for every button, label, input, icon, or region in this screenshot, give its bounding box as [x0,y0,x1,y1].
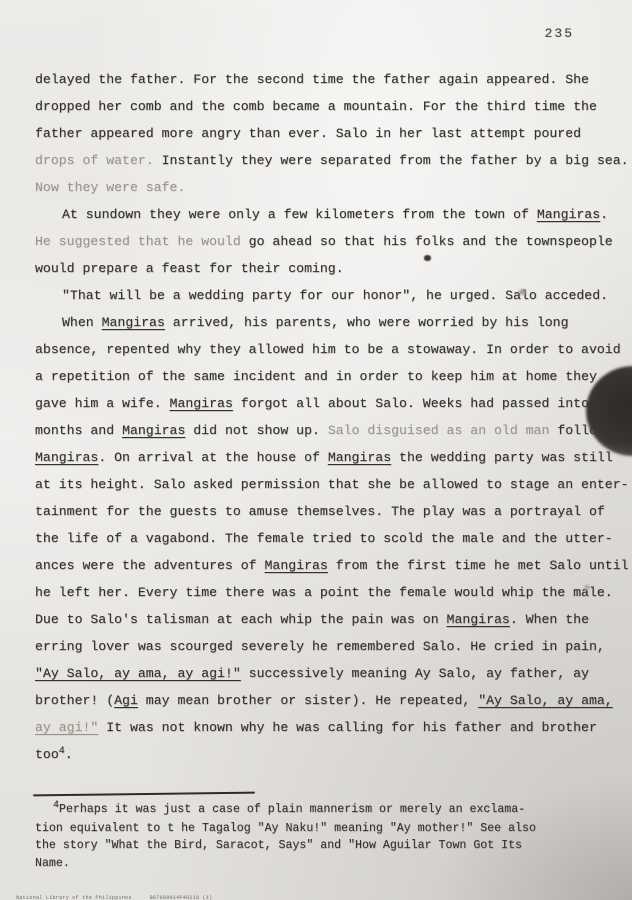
ink-smudge [584,585,590,590]
text-line: absence, repented why they allowed him t… [35,336,625,363]
text-segment: the wedding party was still [391,450,613,465]
text-line: the life of a vagabond. The female tried… [35,525,625,552]
text-segment: It was not known why he was calling for … [98,720,597,735]
underlined-text: Mangiras [102,315,165,330]
text-segment: 4 [53,800,59,811]
text-line: brother! (Agi may mean brother or sister… [35,687,625,714]
text-segment: . [65,747,73,762]
text-line: a repetition of the same incident and in… [35,363,625,390]
scan-footer: National Library of the PhilippinesB0789… [3,889,230,900]
underlined-text: Mangiras [265,558,328,573]
text-segment: Perhaps it was just a case of plain mann… [59,803,525,816]
text-segment: He suggested that he would [35,234,241,249]
text-line: Due to Salo's talisman at each whip the … [35,606,625,633]
underlined-text: Agi [114,693,138,708]
text-segment: the life of a vagabond. The female tried… [35,531,613,546]
text-line: father appeared more angry than ever. Sa… [35,120,625,147]
underlined-text: ay agi!" [35,720,98,735]
text-line: Name. [35,855,615,873]
text-segment: . On arrival at the house of [98,450,328,465]
text-line: he left her. Every time there was a poin… [35,579,625,606]
text-line: dropped her comb and the comb became a m… [35,93,625,120]
text-line: Mangiras. On arrival at the house of Man… [35,444,625,471]
text-line: tainment for the guests to amuse themsel… [35,498,625,525]
text-segment: may mean brother or sister). He repeated… [138,693,478,708]
text-segment: dropped her comb and the comb became a m… [35,99,597,114]
text-segment: would prepare a feast for their coming. [35,261,344,276]
text-segment: from the first time he met Salo until [328,558,629,573]
document-body: delayed the father. For the second time … [35,66,625,770]
underlined-text: Mangiras [122,423,185,438]
text-line: the story "What the Bird, Saracot, Says"… [35,837,615,855]
text-segment: he left her. Every time there was a poin… [35,585,613,600]
text-line: too4. [35,741,625,770]
text-segment: the story "What the Bird, Saracot, Says"… [35,839,522,852]
text-segment: At sundown they were only a few kilomete… [62,207,537,222]
underlined-text: "Ay Salo, ay ama, [478,693,613,708]
text-line: ances were the adventures of Mangiras fr… [35,552,625,579]
text-segment: gave him a wife. [35,396,170,411]
text-line: When Mangiras arrived, his parents, who … [35,309,625,336]
underlined-text: Mangiras [537,207,600,222]
text-line: gave him a wife. Mangiras forgot all abo… [35,390,625,417]
library-stamp: National Library of the Philippines [16,895,132,900]
text-segment: When [62,315,102,330]
text-segment: Salo disguised as an old man [328,423,550,438]
text-segment: ances were the adventures of [35,558,265,573]
text-segment: brother! ( [35,693,114,708]
text-line: at its height. Salo asked permission tha… [35,471,625,498]
text-segment: delayed the father. For the second time … [35,72,589,87]
underlined-text: Mangiras [35,450,98,465]
text-segment: erring lover was scourged severely he re… [35,639,605,654]
text-segment: absence, repented why they allowed him t… [35,342,621,357]
scanned-page: 235 delayed the father. For the second t… [0,0,632,900]
text-line: delayed the father. For the second time … [35,66,625,93]
text-segment: drops of water. [35,153,154,168]
text-segment: Now they were safe. [35,180,185,195]
text-segment: go ahead so that his folks and the towns… [241,234,613,249]
text-segment: tainment for the guests to amuse themsel… [35,504,605,519]
text-segment: Due to Salo's talisman at each whip the … [35,612,447,627]
text-line: months and Mangiras did not show up. Sal… [35,417,625,444]
text-line: 4Perhaps it was just a case of plain man… [35,801,615,820]
text-line: Now they were safe. [35,174,625,201]
scan-code: B07899914P40218 (1) [150,895,213,900]
text-line: "That will be a wedding party for our ho… [35,282,625,309]
text-segment: Name. [35,857,70,870]
text-segment: . [600,207,608,222]
text-segment: Instantly they were separated from the f… [154,153,629,168]
ink-smudge [424,255,431,261]
page-number: 235 [545,26,574,41]
underlined-text: Mangiras [328,450,391,465]
text-segment: . When the [510,612,589,627]
text-segment: at its height. Salo asked permission tha… [35,477,629,492]
text-segment: did not show up. [185,423,327,438]
text-segment: tion equivalent to t he Tagalog "Ay Naku… [35,822,536,835]
text-line: erring lover was scourged severely he re… [35,633,625,660]
underlined-text: Mangiras [447,612,510,627]
footnote: 4Perhaps it was just a case of plain man… [35,801,615,872]
text-line: tion equivalent to t he Tagalog "Ay Naku… [35,820,615,838]
text-line: "Ay Salo, ay ama, ay agi!" successively … [35,660,625,687]
text-segment: father appeared more angry than ever. Sa… [35,126,581,141]
text-line: ay agi!" It was not known why he was cal… [35,714,625,741]
text-segment: arrived, his parents, who were worried b… [165,315,569,330]
text-segment: too [35,747,59,762]
text-segment: months and [35,423,122,438]
text-line: He suggested that he would go ahead so t… [35,228,625,255]
text-segment: 4 [59,746,65,757]
text-segment: a repetition of the same incident and in… [35,369,597,384]
text-line: drops of water. Instantly they were sepa… [35,147,625,174]
ink-smudge [519,289,526,295]
text-segment: successively meaning Ay Salo, ay father,… [241,666,589,681]
underlined-text: "Ay Salo, ay ama, ay agi!" [35,666,241,681]
text-line: would prepare a feast for their coming. [35,255,625,282]
text-segment: "That will be a wedding party for our ho… [62,288,608,303]
text-line: At sundown they were only a few kilomete… [35,201,625,228]
footnote-separator [33,792,255,797]
underlined-text: Mangiras [170,396,233,411]
text-segment: forgot all about Salo. Weeks had passed … [233,396,589,411]
